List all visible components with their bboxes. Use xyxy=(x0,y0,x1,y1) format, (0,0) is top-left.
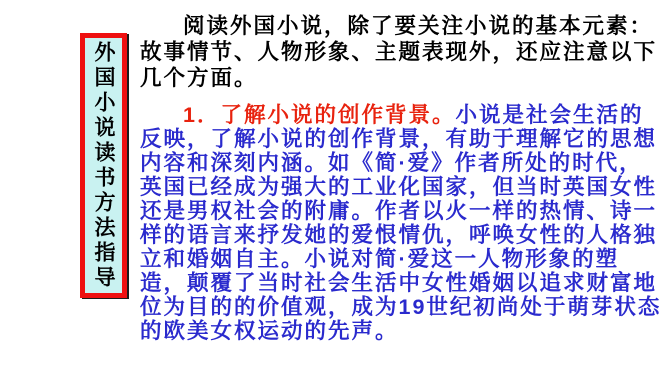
slide-body: 阅读外国小说，除了要关注小说的基本元素：故事情节、人物形象、主题表现外，还应注意… xyxy=(140,13,666,343)
section1-heading: 1．了解小说的创作背景。 xyxy=(183,103,455,127)
sidebar-title-text: 外国小说读书方法指导 xyxy=(93,41,114,291)
section1-body: 小说是社会生活的反映，了解小说的创作背景，有助于理解它的思想内容和深刻内涵。如《… xyxy=(140,103,661,343)
slide: 外国小说读书方法指导 阅读外国小说，除了要关注小说的基本元素：故事情节、人物形象… xyxy=(0,0,668,376)
section1-paragraph: 1．了解小说的创作背景。小说是社会生活的反映，了解小说的创作背景，有助于理解它的… xyxy=(140,103,666,343)
sidebar-title-box: 外国小说读书方法指导 xyxy=(80,33,127,298)
intro-paragraph: 阅读外国小说，除了要关注小说的基本元素：故事情节、人物形象、主题表现外，还应注意… xyxy=(140,13,666,91)
